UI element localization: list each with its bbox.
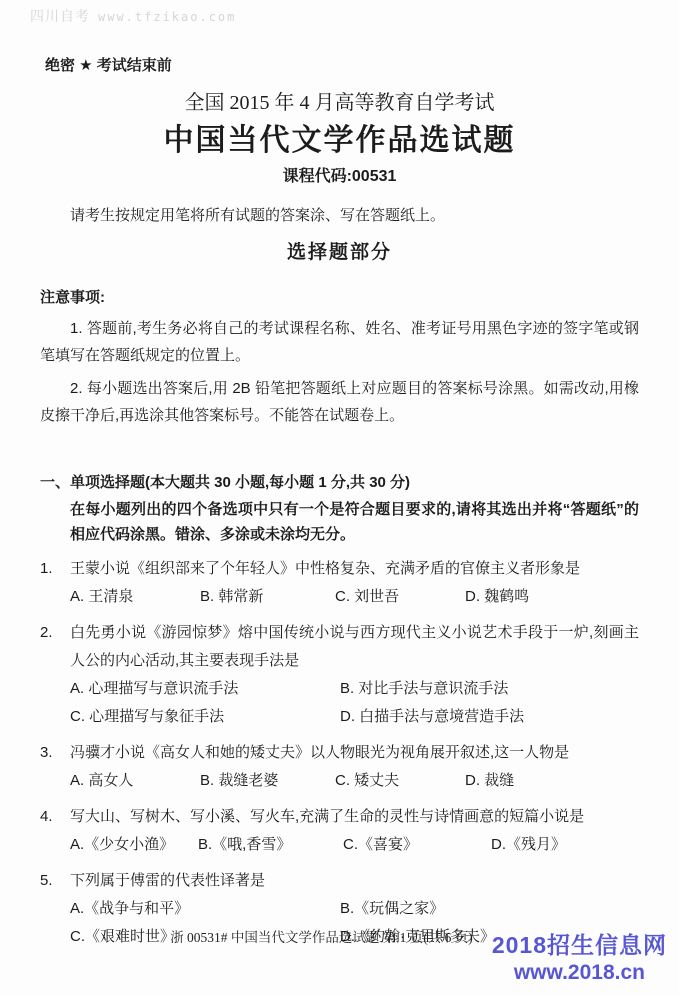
option-a: A.《少女小渔》 — [70, 831, 198, 859]
question-1: 1. 王蒙小说《组织部来了个年轻人》中性格复杂、充满矛盾的官僚主义者形象是 A.… — [40, 555, 639, 611]
general-instruction: 请考生按规定用笔将所有试题的答案涂、写在答题纸上。 — [40, 205, 639, 227]
exam-session-title: 全国 2015 年 4 月高等教育自学考试 — [40, 91, 639, 115]
notice-item-1: 1. 答题前,考生务必将自己的考试课程名称、姓名、准考证号用黑色字迹的签字笔或钢… — [40, 315, 639, 369]
question-3: 3. 冯骥才小说《高女人和她的矮丈夫》以人物眼光为视角展开叙述,这一人物是 A.… — [40, 739, 639, 795]
course-code: 课程代码:00531 — [40, 167, 639, 187]
bottom-watermark-url: www.2018.cn — [492, 960, 667, 986]
option-c: C. 矮丈夫 — [335, 767, 465, 795]
options-row: A. 王清泉 B. 韩常新 C. 刘世吾 D. 魏鹤鸣 — [70, 583, 639, 611]
option-c: C.《喜宴》 — [343, 831, 491, 859]
option-b: B.《玩偶之家》 — [340, 895, 639, 923]
exam-title: 中国当代文学作品选试题 — [40, 122, 639, 160]
option-c: C. 心理描写与象征手法 — [70, 703, 340, 731]
option-c: C. 刘世吾 — [335, 583, 465, 611]
question-text: 白先勇小说《游园惊梦》熔中国传统小说与西方现代主义小说艺术手段于一炉,刻画主人公… — [70, 619, 639, 675]
options-row: A.《少女小渔》 B.《哦,香雪》 C.《喜宴》 D.《残月》 — [70, 831, 639, 859]
question-text: 冯骥才小说《高女人和她的矮丈夫》以人物眼光为视角展开叙述,这一人物是 — [70, 739, 639, 767]
top-watermark-url: www.tfzikao.com — [98, 10, 236, 24]
option-b: B.《哦,香雪》 — [198, 831, 343, 859]
section-header: 选择题部分 — [40, 240, 639, 266]
question-body: 冯骥才小说《高女人和她的矮丈夫》以人物眼光为视角展开叙述,这一人物是 A. 高女… — [70, 739, 639, 795]
option-a: A. 王清泉 — [70, 583, 200, 611]
question-text: 写大山、写树木、写小溪、写火车,充满了生命的灵性与诗情画意的短篇小说是 — [70, 803, 639, 831]
question-body: 白先勇小说《游园惊梦》熔中国传统小说与西方现代主义小说艺术手段于一炉,刻画主人公… — [70, 619, 639, 731]
options-row: A. 高女人 B. 裁缝老婆 C. 矮丈夫 D. 裁缝 — [70, 767, 639, 795]
question-2: 2. 白先勇小说《游园惊梦》熔中国传统小说与西方现代主义小说艺术手段于一炉,刻画… — [40, 619, 639, 731]
question-number: 1. — [40, 555, 70, 611]
option-d: D. 白描手法与意境营造手法 — [340, 703, 639, 731]
top-watermark-sitename: 四川自考 — [30, 8, 90, 24]
option-d: D. 裁缝 — [465, 767, 639, 795]
option-b: B. 裁缝老婆 — [200, 767, 335, 795]
option-a: A. 心理描写与意识流手法 — [70, 675, 340, 703]
notice-title: 注意事项: — [40, 287, 639, 309]
question-4: 4. 写大山、写树木、写小溪、写火车,充满了生命的灵性与诗情画意的短篇小说是 A… — [40, 803, 639, 859]
question-number: 2. — [40, 619, 70, 731]
question-body: 写大山、写树木、写小溪、写火车,充满了生命的灵性与诗情画意的短篇小说是 A.《少… — [70, 803, 639, 859]
part1-heading: 一、单项选择题(本大题共 30 小题,每小题 1 分,共 30 分) — [40, 471, 639, 494]
option-b: B. 韩常新 — [200, 583, 335, 611]
bottom-watermark: 2018招生信息网 www.2018.cn — [492, 931, 667, 986]
option-a: A.《战争与和平》 — [70, 895, 340, 923]
question-number: 3. — [40, 739, 70, 795]
secrecy-label: 绝密 ★ 考试结束前 — [45, 56, 639, 76]
bottom-watermark-sitename: 2018招生信息网 — [492, 931, 667, 960]
question-text: 王蒙小说《组织部来了个年轻人》中性格复杂、充满矛盾的官僚主义者形象是 — [70, 555, 639, 583]
exam-paper-page: 四川自考www.tfzikao.com 绝密 ★ 考试结束前 全国 2015 年… — [0, 0, 679, 996]
option-a: A. 高女人 — [70, 767, 200, 795]
page-content: 绝密 ★ 考试结束前 全国 2015 年 4 月高等教育自学考试 中国当代文学作… — [0, 56, 679, 951]
options-grid: A. 心理描写与意识流手法 B. 对比手法与意识流手法 C. 心理描写与象征手法… — [70, 675, 639, 731]
part1-instructions: 在每小题列出的四个备选项中只有一个是符合题目要求的,请将其选出并将“答题纸”的相… — [40, 497, 639, 547]
question-text: 下列属于傅雷的代表性译著是 — [70, 867, 639, 895]
option-d: D.《残月》 — [491, 831, 639, 859]
option-b: B. 对比手法与意识流手法 — [340, 675, 639, 703]
option-d: D. 魏鹤鸣 — [465, 583, 639, 611]
question-body: 王蒙小说《组织部来了个年轻人》中性格复杂、充满矛盾的官僚主义者形象是 A. 王清… — [70, 555, 639, 611]
question-number: 4. — [40, 803, 70, 859]
top-watermark: 四川自考www.tfzikao.com — [30, 6, 236, 26]
notice-item-2: 2. 每小题选出答案后,用 2B 铅笔把答题纸上对应题目的答案标号涂黑。如需改动… — [40, 375, 639, 429]
